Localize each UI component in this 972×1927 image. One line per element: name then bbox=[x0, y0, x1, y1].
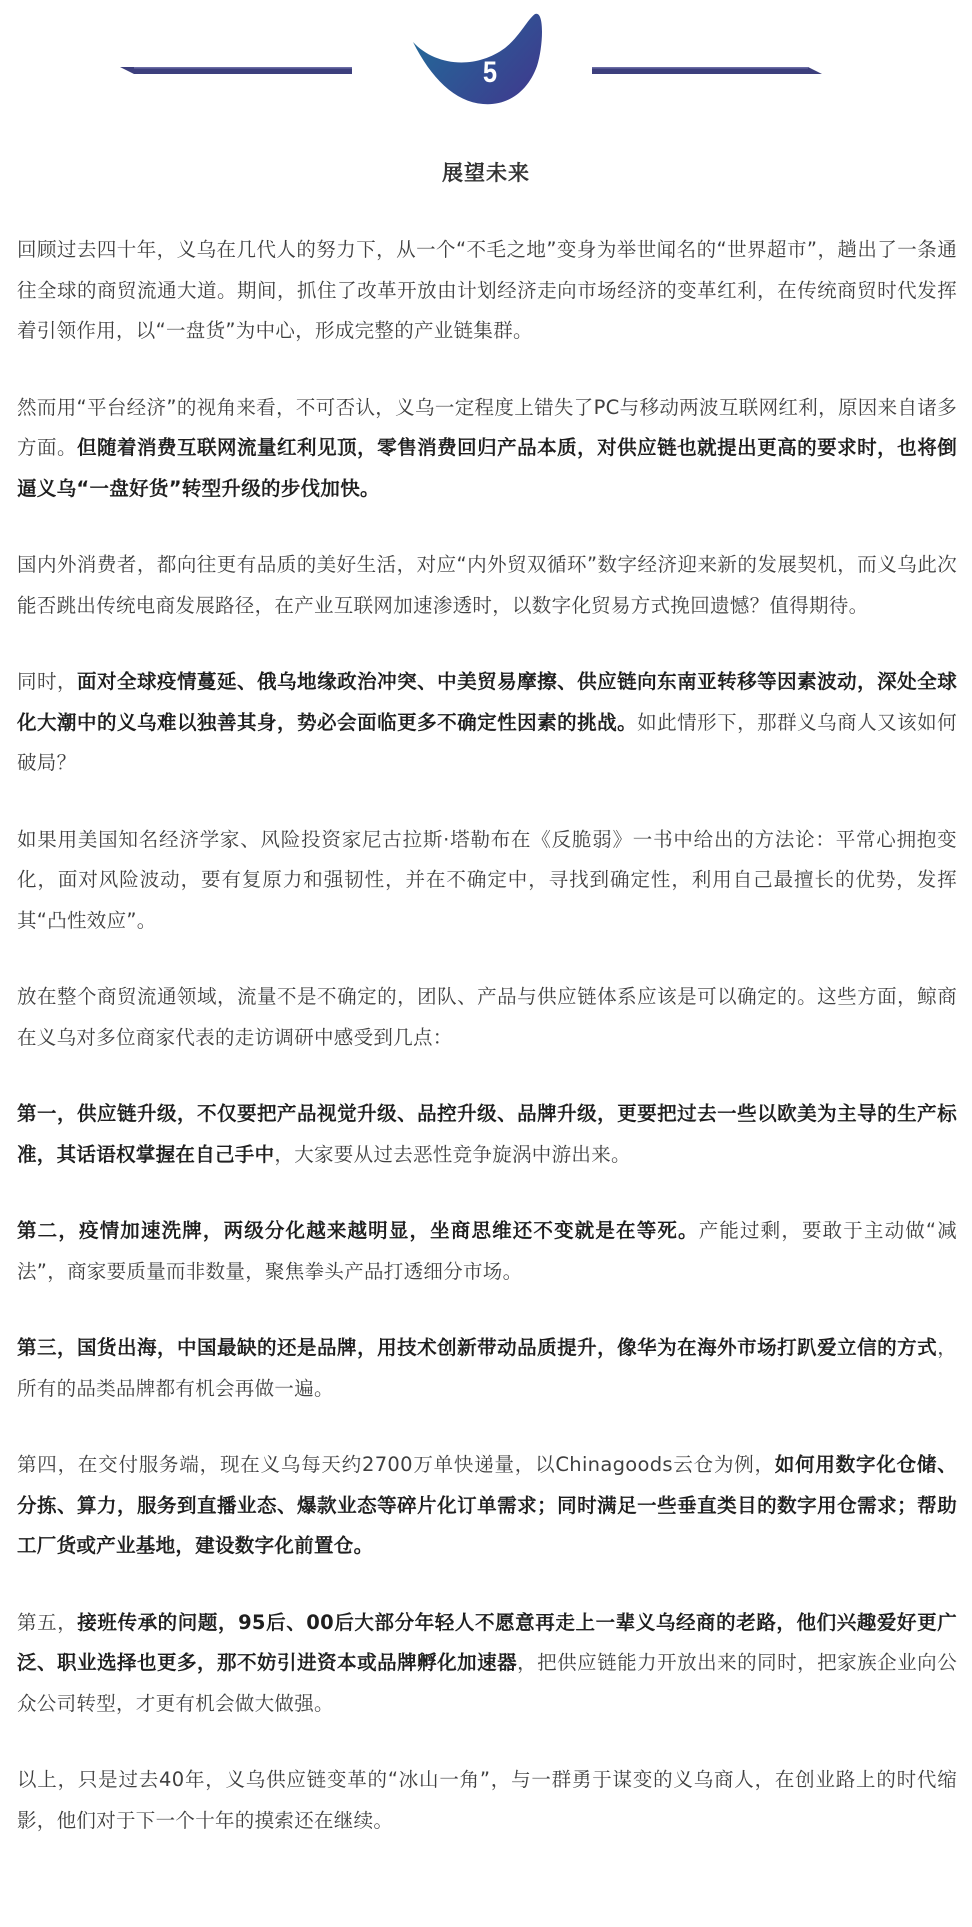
bold-text-segment: 第二，疫情加速洗牌，两级分化越来越明显，坐商思维还不变就是在等死。 bbox=[17, 1219, 699, 1242]
text-segment: 以上，只是过去40年，义乌供应链变革的“冰山一角”，与一群勇于谋变的义乌商人，在… bbox=[17, 1768, 957, 1832]
paragraph-certainty: 放在整个商贸流通领域，流量不是不确定的，团队、产品与供应链体系应该是可以确定的。… bbox=[17, 977, 957, 1058]
text-segment: ，大家要从过去恶性竞争旋涡中游出来。 bbox=[274, 1143, 630, 1166]
text-segment: 国内外消费者，都向往更有品质的美好生活，对应“内外贸双循环”数字经济迎来新的发展… bbox=[17, 553, 957, 617]
bold-text-segment: 但随着消费互联网流量红利见顶，零售消费回归产品本质，对供应链也就提出更高的要求时… bbox=[17, 436, 957, 500]
article-body: 回顾过去四十年，义乌在几代人的努力下，从一个“不毛之地”变身为举世闻名的“世界超… bbox=[17, 230, 957, 1841]
bold-text-segment: 第三，国货出海，中国最缺的还是品牌，用技术创新带动品质提升，像华为在海外市场打趴… bbox=[17, 1336, 937, 1359]
section-title: 展望未来 bbox=[0, 158, 972, 188]
paragraph-point-three: 第三，国货出海，中国最缺的还是品牌，用技术创新带动品质提升，像华为在海外市场打趴… bbox=[17, 1328, 957, 1409]
paragraph-point-one: 第一，供应链升级，不仅要把产品视觉升级、品控升级、品牌升级，更要把过去一些以欧美… bbox=[17, 1094, 957, 1175]
section-header: 5 bbox=[0, 0, 972, 120]
text-segment: 同时， bbox=[17, 670, 77, 693]
text-segment: 第四，在交付服务端，现在义乌每天约2700万单快递量，以Chinagoods云仓… bbox=[17, 1453, 775, 1476]
section-number: 5 bbox=[473, 56, 507, 90]
paragraph-review: 回顾过去四十年，义乌在几代人的努力下，从一个“不毛之地”变身为举世闻名的“世界超… bbox=[17, 230, 957, 352]
text-segment: 回顾过去四十年，义乌在几代人的努力下，从一个“不毛之地”变身为举世闻名的“世界超… bbox=[17, 238, 957, 342]
paragraph-point-two: 第二，疫情加速洗牌，两级分化越来越明显，坐商思维还不变就是在等死。产能过剩，要敢… bbox=[17, 1211, 957, 1292]
text-segment: 如果用美国知名经济学家、风险投资家尼古拉斯·塔勒布在《反脆弱》一书中给出的方法论… bbox=[17, 828, 957, 932]
text-segment: 第五， bbox=[17, 1611, 77, 1634]
paragraph-conclusion: 以上，只是过去40年，义乌供应链变革的“冰山一角”，与一群勇于谋变的义乌商人，在… bbox=[17, 1760, 957, 1841]
paragraph-challenges: 同时，面对全球疫情蔓延、俄乌地缘政治冲突、中美贸易摩擦、供应链向东南亚转移等因素… bbox=[17, 662, 957, 784]
divider-line-right bbox=[592, 67, 822, 74]
paragraph-antifragile: 如果用美国知名经济学家、风险投资家尼古拉斯·塔勒布在《反脆弱》一书中给出的方法论… bbox=[17, 820, 957, 942]
paragraph-point-four: 第四，在交付服务端，现在义乌每天约2700万单快递量，以Chinagoods云仓… bbox=[17, 1445, 957, 1567]
text-segment: 放在整个商贸流通领域，流量不是不确定的，团队、产品与供应链体系应该是可以确定的。… bbox=[17, 985, 957, 1049]
paragraph-platform-economy: 然而用“平台经济”的视角来看，不可否认，义乌一定程度上错失了PC与移动两波互联网… bbox=[17, 388, 957, 510]
divider-line-left bbox=[120, 67, 352, 74]
paragraph-point-five: 第五，接班传承的问题，95后、00后大部分年轻人不愿意再走上一辈义乌经商的老路，… bbox=[17, 1603, 957, 1725]
paragraph-consumers: 国内外消费者，都向往更有品质的美好生活，对应“内外贸双循环”数字经济迎来新的发展… bbox=[17, 545, 957, 626]
